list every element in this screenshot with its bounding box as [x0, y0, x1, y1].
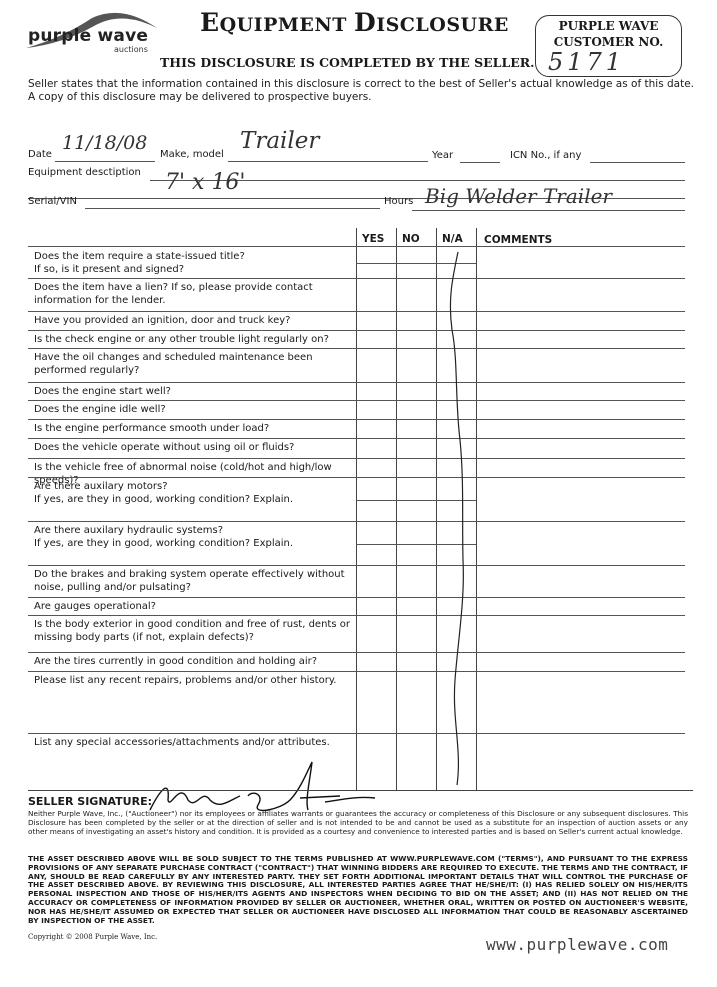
terms-text: THE ASSET DESCRIBED ABOVE WILL BE SOLD S… — [28, 855, 688, 925]
seller-signature-label: SELLER SIGNATURE: — [28, 795, 152, 808]
na-checkmark-line — [0, 0, 717, 987]
disclaimer-text: Neither Purple Wave, Inc., ("Auctioneer"… — [28, 810, 688, 836]
seller-signature[interactable] — [140, 760, 380, 815]
copyright: Copyright © 2008 Purple Wave, Inc. — [28, 933, 157, 941]
website-link[interactable]: www.purplewave.com — [486, 935, 668, 954]
